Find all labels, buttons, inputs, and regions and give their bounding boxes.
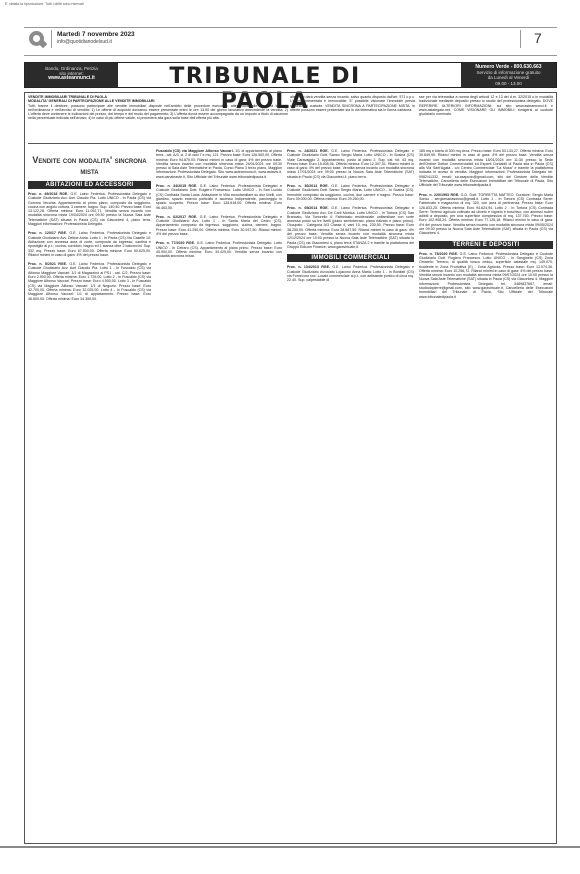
section-title: Vendite con modalita' sincrona mista [28,155,151,177]
contact-email[interactable]: info@quotidianodelsud.it [57,39,112,45]
footer-rule [0,846,580,848]
notice-item: Fuscaldo (CS) via Maggiore Alfonso Vacca… [156,149,282,179]
notice-text: G.E. Laino Federica. Professionista Dele… [287,206,414,249]
notice-item: Proc. n. 134/2013 RGE. G.E. Laino Federi… [287,265,414,282]
notice-item: Proc. n. 75/2020 RGE. G.E. Laino Federic… [419,252,553,299]
notice-text: G.E. Laino Federica. Professionista Dele… [28,262,151,300]
newspaper-logo-icon [29,31,44,46]
intro-divider [28,143,553,144]
intro-continued: altresì, si darà vendita senza incanto, … [290,95,415,112]
notices-page: VENDITE IMMOBILIARI TRIBUNALE DI PAOLA M… [24,92,557,844]
notice-item: 185 mq e tutela di 300 mq circa. Prezzo … [419,149,553,188]
issue-date: Martedì 7 novembre 2023 [57,31,135,38]
service-hours: 09.00 - 13.00 [461,81,556,86]
tribunal-banner: Bando, Ordinanza, Perizia sito internet:… [24,62,557,88]
notice-text: G.E. Laino Federica. Professionista Dele… [156,184,282,209]
notice-item: Proc. n. 34/2015 RGE. G.E. Laino Federic… [156,184,282,210]
copyright-notice: E' vietata la riproduzione. Tutti i diri… [5,2,84,6]
category-immobili-commerciali: IMMOBILI COMMERCIALI [287,254,414,262]
notice-item: Proc. n. 220/1993 RGE. G.D. Dott. TORRET… [419,193,553,236]
header-rule [24,27,557,28]
divider [520,30,521,48]
column-4: 185 mq e tutela di 300 mq circa. Prezzo … [419,149,553,304]
intro-block: VENDITE IMMOBILIARI TRIBUNALE DI PAOLA M… [28,95,288,121]
category-terreni-depositi: TERRENI E DEPOSITI [419,241,553,249]
notice-item: Proc. n. 62/2017 RGE. G.E. Laino Federic… [156,215,282,236]
notice-item: Proc. n. 5/2021 RGE. G.E. Laino Federica… [28,262,151,301]
notice-text: G.E. Laino Federica. Professionista Dele… [419,252,553,299]
banner-right-box: Numero Verde - 800.630.663 Servizio di i… [461,63,556,87]
notice-text: G.D. Dott. TORRETTA MATTEO. Curatore: Se… [419,193,553,236]
intro-far: sse per via telematica a norma degli art… [419,95,553,116]
column-3: Proc. n. 24/2021 RGE. G.E. Laino Federic… [287,149,414,287]
notice-item: Proc. n. 77/2020 RGE. G.E. Laino Federic… [156,241,282,258]
column-2: Fuscaldo (CS) via Maggiore Alfonso Vacca… [156,149,282,264]
intro-body: Tutti, tranne il debitore, possono parte… [28,104,288,121]
masthead-rule [24,55,557,56]
page-number: 7 [534,30,542,46]
notice-item: Proc. n. 69/2014 RGE. G.E. Laino Federic… [287,206,414,249]
column-1: Vendite con modalita' sincrona mista ABI… [28,149,151,306]
notice-text: 1/1 di appartamento al piano terra - cat… [156,149,282,179]
notice-item: Proc. n. 24/2021 RGE. G.E. Laino Federic… [287,149,414,179]
notice-text: 185 mq e tutela di 300 mq circa. Prezzo … [419,149,553,187]
category-abitazioni: ABITAZIONI ED ACCESSORI [28,181,151,189]
divider [51,30,52,48]
notice-text: G.E. Laino Federica. Professionista Dele… [287,149,414,179]
masthead: Martedì 7 novembre 2023 info@quotidianod… [24,30,557,50]
notice-item: Proc. n. 49/2018 RGE. G.E. Laino Federic… [28,192,151,226]
banner-left-box: Bando, Ordinanza, Perizia sito internet:… [25,63,118,87]
notice-text: G.E. Laino Federica. Professionista Dele… [28,192,151,226]
notice-item: Proc. n. 36/2014 RGE. G.E. Laino Federic… [287,184,414,201]
notice-item: Proc. n. 120/17 RGE. G.E. Laino Federica… [28,231,151,257]
banner-website-link[interactable]: www.asteannunci.it [25,76,118,81]
notice-text: G.E. Laino Federica. Professionista Dele… [28,231,151,256]
